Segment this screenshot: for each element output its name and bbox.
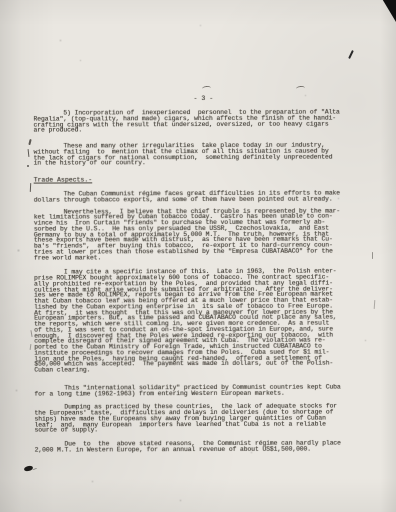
- document-line: 2,000 M.T. in Western Europe, for an ann…: [35, 446, 375, 453]
- paragraph: These and many other irregularities take…: [34, 142, 374, 166]
- ink-blot: [24, 465, 34, 472]
- scan-corner-mark: [381, 0, 396, 22]
- paragraph: Due to the above stated reasons, the Com…: [35, 440, 375, 453]
- margin-mark: [30, 330, 32, 337]
- document-content: - 3 - 5) Incorporation of inexperienced …: [33, 95, 374, 453]
- paragraph: I may cite a specific instance of this. …: [34, 269, 374, 374]
- pen-tick-mark: [348, 50, 354, 59]
- paragraph: The Cuban Communist régime faces great d…: [34, 190, 374, 203]
- section-heading: Trade Aspects.-: [34, 177, 93, 184]
- section-trade-aspects: The Cuban Communist régime faces great d…: [34, 190, 375, 453]
- margin-mark: [30, 183, 32, 192]
- page-number: - 3 -: [33, 95, 373, 102]
- scan-noise: [0, 0, 1, 1]
- margin-mark: [28, 149, 30, 157]
- margin-mark: [30, 344, 32, 350]
- smudge-mark: [296, 86, 305, 92]
- scanned-document-page: - 3 - 5) Incorporation of inexperienced …: [0, 0, 396, 512]
- document-line: dollars through tobacco exports, and som…: [34, 196, 374, 203]
- document-line: Cuban clearing.: [34, 366, 374, 373]
- margin-mark: [27, 165, 29, 167]
- paragraph: Nevertheless, I believe that the chief t…: [34, 208, 374, 261]
- document-line: crafting cigars with the result that und…: [33, 121, 373, 128]
- paragraph: This "international solidarity" practice…: [34, 384, 374, 397]
- smudge-mark: [202, 86, 211, 92]
- paragraph: Dumping as practiced by these countries,…: [34, 404, 374, 434]
- section-before-heading: 5) Incorporation of inexperienced person…: [33, 109, 373, 166]
- document-line: for a long time (1962-1963) from enterin…: [34, 390, 374, 397]
- margin-mark: [28, 139, 31, 145]
- paragraph: 5) Incorporation of inexperienced person…: [33, 109, 373, 133]
